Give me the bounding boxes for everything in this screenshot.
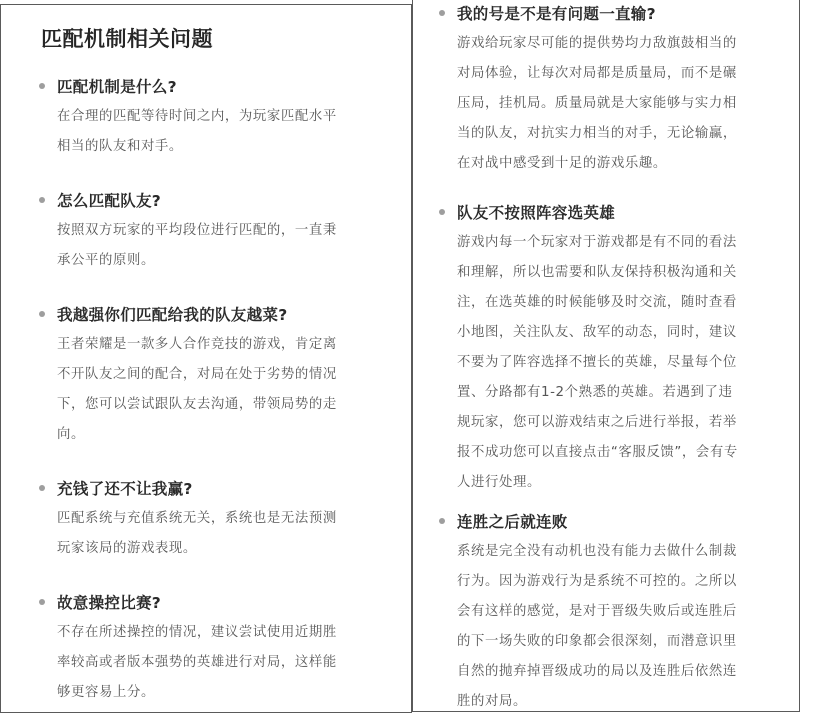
faq-question: 故意操控比赛? bbox=[57, 591, 161, 613]
faq-answer: 按照双方玩家的平均段位进行匹配的，一直秉 承公平的原则。 bbox=[57, 216, 399, 276]
answer-line: 相当的队友和对手。 bbox=[57, 132, 399, 162]
faq-answer: 匹配系统与充值系统无关，系统也是无法预测 玩家该局的游戏表现。 bbox=[57, 504, 399, 564]
faq-question: 连胜之后就连败 bbox=[457, 510, 568, 532]
answer-line: 承公平的原则。 bbox=[57, 246, 399, 276]
answer-line: 不要为了阵容选择不擅长的英雄，尽量每个位 bbox=[457, 348, 795, 378]
faq-question-row: 匹配机制是什么? bbox=[39, 75, 399, 97]
answer-line: 下，您可以尝试跟队友去沟通，带领局势的走 bbox=[57, 390, 399, 420]
answer-line: 匹配系统与充值系统无关，系统也是无法预测 bbox=[57, 504, 399, 534]
faq-item-paid-but-lose: 充钱了还不让我赢? 匹配系统与充值系统无关，系统也是无法预测 玩家该局的游戏表现… bbox=[39, 477, 399, 564]
faq-item-matching-mechanism: 匹配机制是什么? 在合理的匹配等待时间之内，为玩家匹配水平 相当的队友和对手。 bbox=[39, 75, 399, 162]
faq-answer: 王者荣耀是一款多人合作竞技的游戏，肯定离 不开队友之间的配合，对局在处于劣势的情… bbox=[57, 330, 399, 450]
answer-line: 注，在选英雄的时候能够及时交流，随时查看 bbox=[457, 288, 795, 318]
answer-line: 游戏内每一个玩家对于游戏都是有不同的看法 bbox=[457, 228, 795, 258]
faq-question: 我越强你们匹配给我的队友越菜? bbox=[57, 303, 288, 325]
faq-item-teammates-ignore-lineup: 队友不按照阵容选英雄 游戏内每一个玩家对于游戏都是有不同的看法 和理解，所以也需… bbox=[439, 201, 795, 498]
faq-answer: 游戏内每一个玩家对于游戏都是有不同的看法 和理解，所以也需要和队友保持积极沟通和… bbox=[457, 228, 795, 498]
bullet-icon bbox=[439, 10, 445, 16]
answer-line: 当的队友，对抗实力相当的对手，无论输赢， bbox=[457, 119, 795, 149]
answer-line: 置、分路都有1-2个熟悉的英雄。若遇到了违 bbox=[457, 378, 795, 408]
answer-line: 系统是完全没有动机也没有能力去做什么制裁 bbox=[457, 537, 795, 567]
faq-question-row: 队友不按照阵容选英雄 bbox=[439, 201, 795, 223]
page-title: 匹配机制相关问题 bbox=[41, 23, 213, 53]
bullet-icon bbox=[39, 197, 45, 203]
answer-line: 不开队友之间的配合，对局在处于劣势的情况 bbox=[57, 360, 399, 390]
answer-line: 的下一场失败的印象都会很深刻，而潜意识里 bbox=[457, 627, 795, 657]
answer-line: 王者荣耀是一款多人合作竞技的游戏，肯定离 bbox=[57, 330, 399, 360]
answer-line: 小地图，关注队友、敌军的动态，同时，建议 bbox=[457, 318, 795, 348]
answer-line: 游戏给玩家尽可能的提供势均力敌旗鼓相当的 bbox=[457, 29, 795, 59]
faq-answer: 不存在所述操控的情况，建议尝试使用近期胜 率较高或者版本强势的英雄进行对局，这样… bbox=[57, 618, 399, 708]
faq-item-stronger-worse-teammates: 我越强你们匹配给我的队友越菜? 王者荣耀是一款多人合作竞技的游戏，肯定离 不开队… bbox=[39, 303, 399, 450]
faq-item-how-to-match-teammates: 怎么匹配队友? 按照双方玩家的平均段位进行匹配的，一直秉 承公平的原则。 bbox=[39, 189, 399, 276]
right-faq-panel: 我的号是不是有问题一直输? 游戏给玩家尽可能的提供势均力敌旗鼓相当的 对局体验，… bbox=[412, 0, 800, 712]
bullet-icon bbox=[39, 83, 45, 89]
answer-line: 不存在所述操控的情况，建议尝试使用近期胜 bbox=[57, 618, 399, 648]
answer-line: 率较高或者版本强势的英雄进行对局，这样能 bbox=[57, 648, 399, 678]
faq-question-row: 连胜之后就连败 bbox=[439, 510, 795, 532]
faq-question: 队友不按照阵容选英雄 bbox=[457, 201, 615, 223]
bullet-icon bbox=[439, 209, 445, 215]
answer-line: 对局体验，让每次对局都是质量局，而不是碾 bbox=[457, 59, 795, 89]
faq-question-row: 我越强你们匹配给我的队友越菜? bbox=[39, 303, 399, 325]
faq-question-row: 怎么匹配队友? bbox=[39, 189, 399, 211]
faq-question: 怎么匹配队友? bbox=[57, 189, 161, 211]
answer-line: 在对战中感受到十足的游戏乐趣。 bbox=[457, 149, 795, 179]
faq-question-row: 充钱了还不让我赢? bbox=[39, 477, 399, 499]
answer-line: 压局，挂机局。质量局就是大家能够与实力相 bbox=[457, 89, 795, 119]
answer-line: 行为。因为游戏行为是系统不可控的。之所以 bbox=[457, 567, 795, 597]
faq-screenshot-composite: 匹配机制相关问题 匹配机制是什么? 在合理的匹配等待时间之内，为玩家匹配水平 相… bbox=[0, 0, 822, 720]
faq-item-account-losing: 我的号是不是有问题一直输? 游戏给玩家尽可能的提供势均力敌旗鼓相当的 对局体验，… bbox=[439, 2, 795, 179]
faq-answer: 在合理的匹配等待时间之内，为玩家匹配水平 相当的队友和对手。 bbox=[57, 102, 399, 162]
answer-line: 在合理的匹配等待时间之内，为玩家匹配水平 bbox=[57, 102, 399, 132]
answer-line: 和理解，所以也需要和队友保持积极沟通和关 bbox=[457, 258, 795, 288]
faq-question-row: 故意操控比赛? bbox=[39, 591, 399, 613]
answer-line: 规玩家，您可以游戏结束之后进行举报，若举 bbox=[457, 408, 795, 438]
bullet-icon bbox=[39, 311, 45, 317]
faq-answer: 游戏给玩家尽可能的提供势均力敌旗鼓相当的 对局体验，让每次对局都是质量局，而不是… bbox=[457, 29, 795, 179]
faq-item-match-manipulation: 故意操控比赛? 不存在所述操控的情况，建议尝试使用近期胜 率较高或者版本强势的英… bbox=[39, 591, 399, 708]
faq-question: 匹配机制是什么? bbox=[57, 75, 177, 97]
faq-question: 我的号是不是有问题一直输? bbox=[457, 2, 656, 24]
faq-question: 充钱了还不让我赢? bbox=[57, 477, 193, 499]
answer-line: 按照双方玩家的平均段位进行匹配的，一直秉 bbox=[57, 216, 399, 246]
answer-line: 自然的抛弃掉晋级成功的局以及连胜后依然连 bbox=[457, 657, 795, 687]
bullet-icon bbox=[439, 518, 445, 524]
faq-question-row: 我的号是不是有问题一直输? bbox=[439, 2, 795, 24]
answer-line: 报不成功您可以直接点击“客服反馈”，会有专 bbox=[457, 438, 795, 468]
bullet-icon bbox=[39, 485, 45, 491]
faq-item-win-streak-then-loss: 连胜之后就连败 系统是完全没有动机也没有能力去做什么制裁 行为。因为游戏行为是系… bbox=[439, 510, 795, 717]
left-faq-panel: 匹配机制相关问题 匹配机制是什么? 在合理的匹配等待时间之内，为玩家匹配水平 相… bbox=[0, 4, 412, 713]
answer-line: 胜的对局。 bbox=[457, 687, 795, 717]
bullet-icon bbox=[39, 599, 45, 605]
answer-line: 会有这样的感觉，是对于晋级失败后或连胜后 bbox=[457, 597, 795, 627]
answer-line: 玩家该局的游戏表现。 bbox=[57, 534, 399, 564]
faq-answer: 系统是完全没有动机也没有能力去做什么制裁 行为。因为游戏行为是系统不可控的。之所… bbox=[457, 537, 795, 717]
answer-line: 够更容易上分。 bbox=[57, 678, 399, 708]
answer-line: 向。 bbox=[57, 420, 399, 450]
answer-line: 人进行处理。 bbox=[457, 468, 795, 498]
